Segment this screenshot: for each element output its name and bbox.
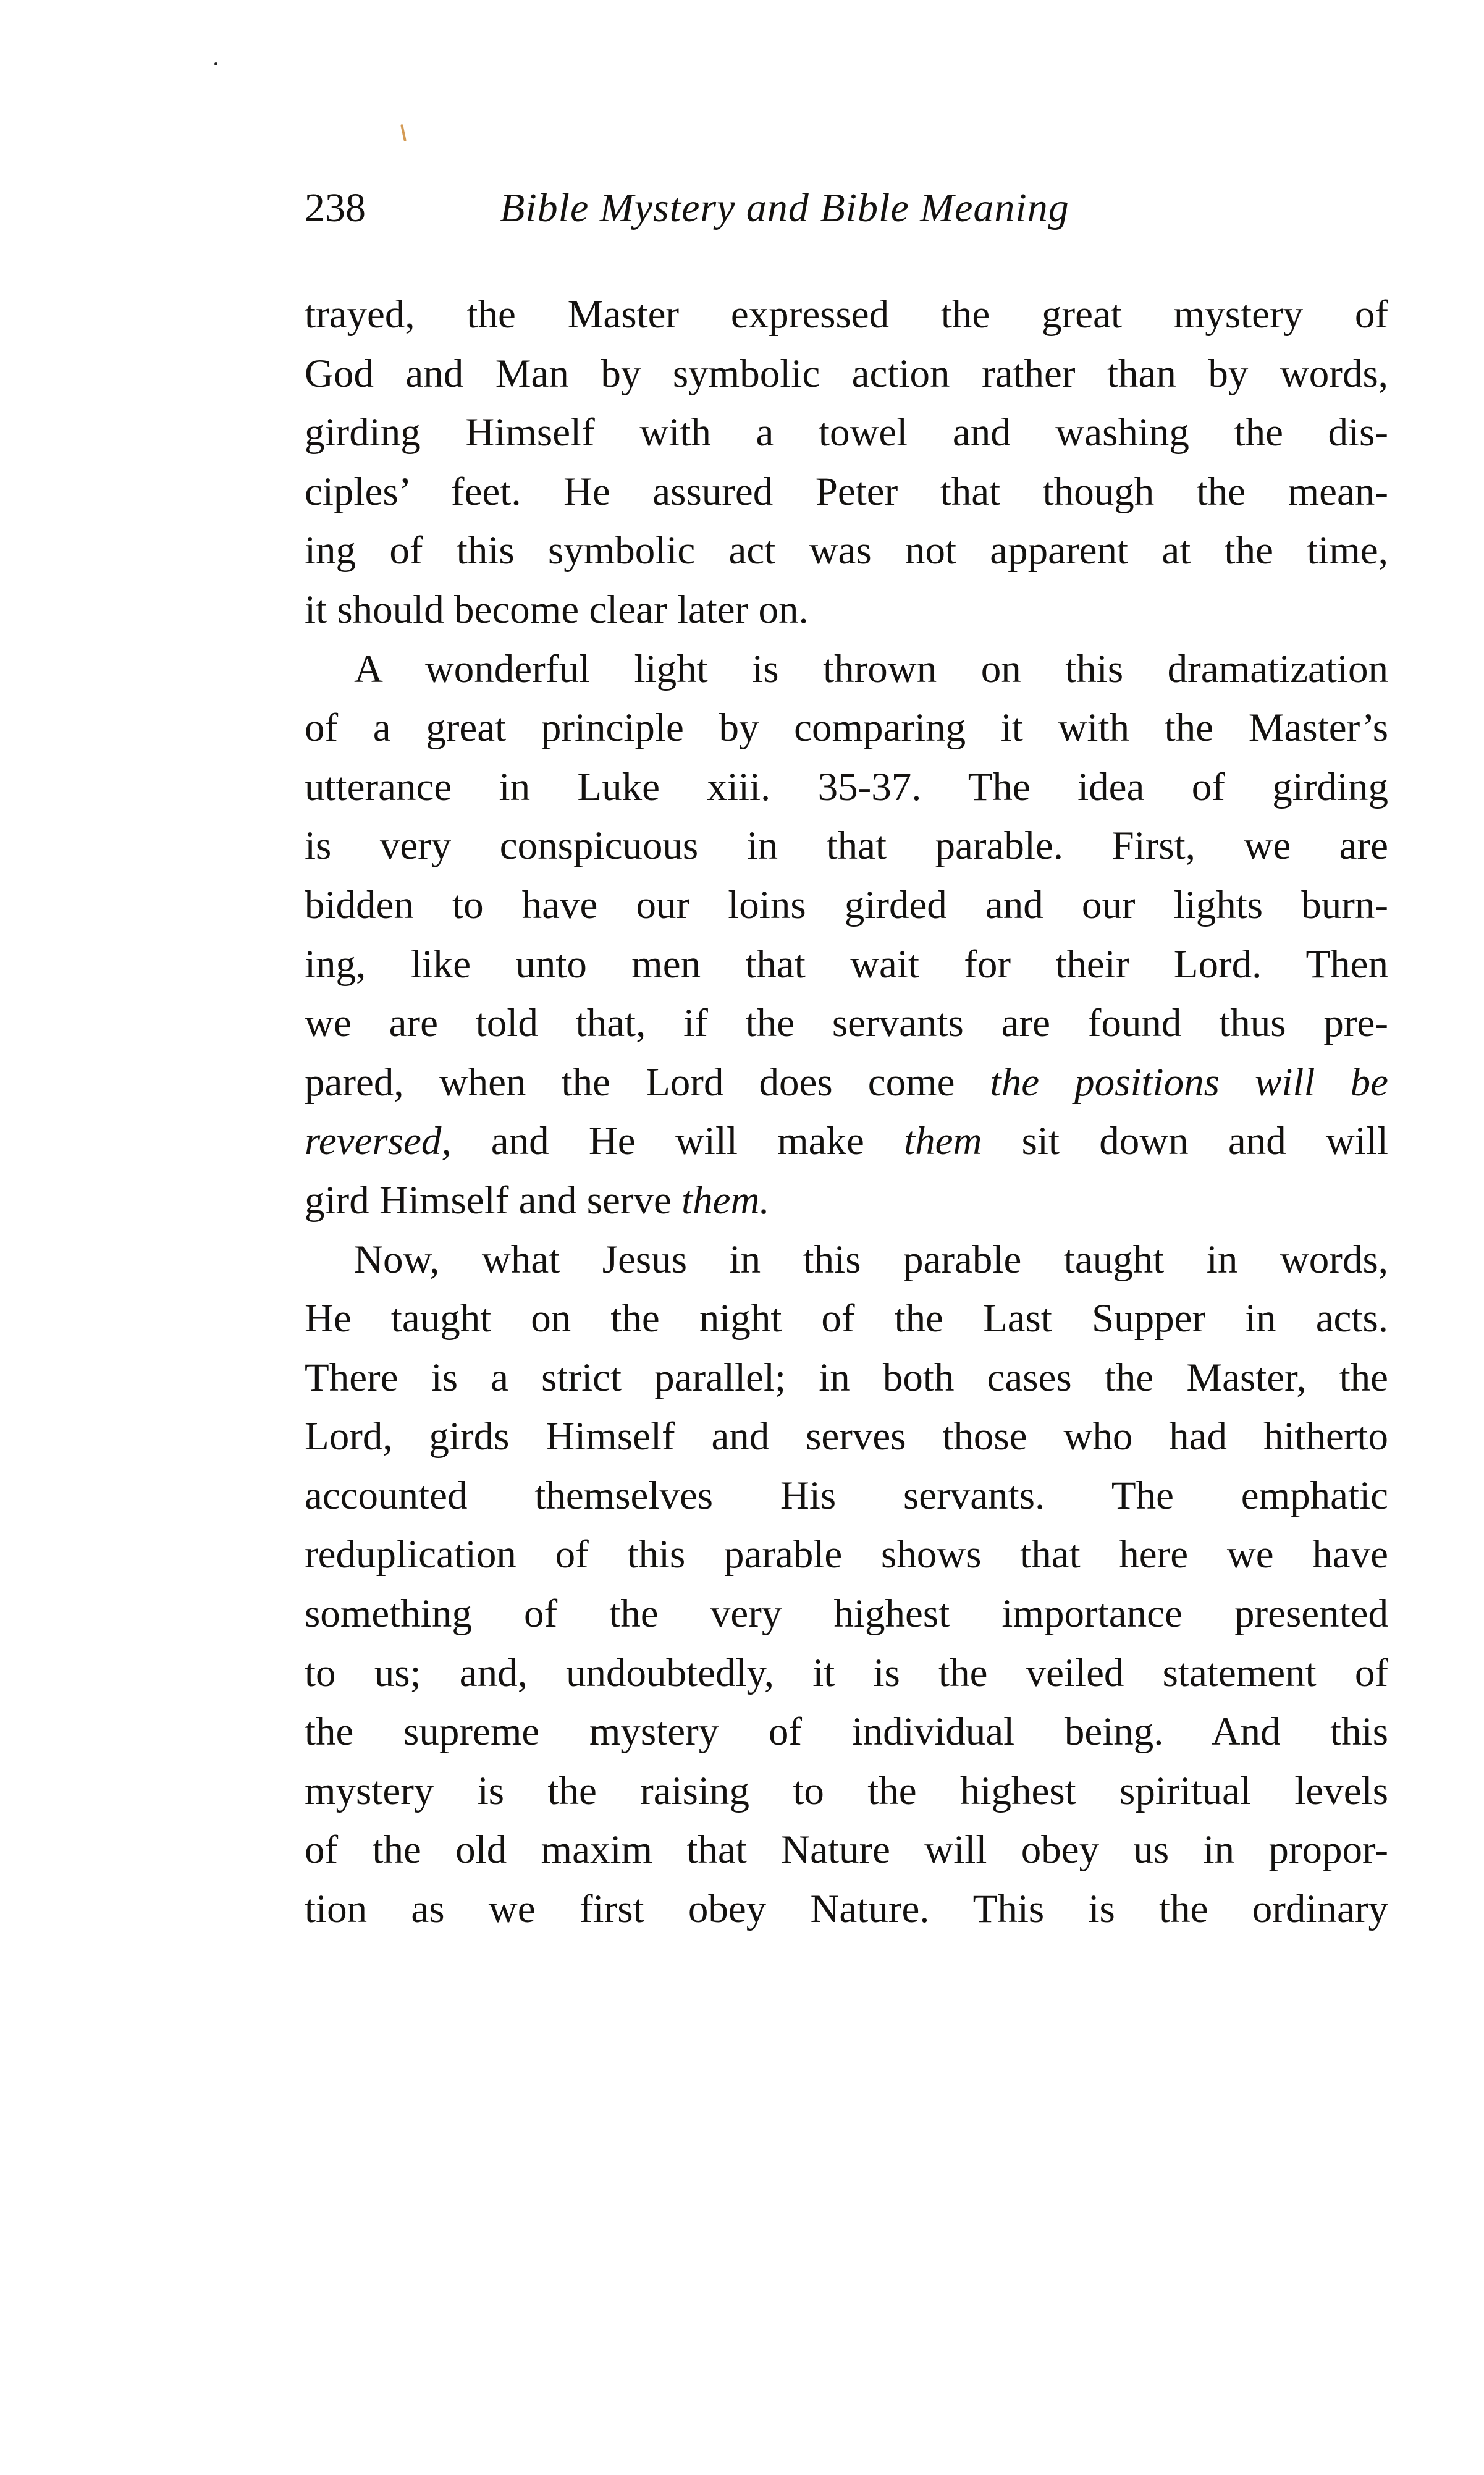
text-run: God and Man by symbolic action rather th… [305, 352, 1388, 396]
text-run: to us; and, undoubtedly, it is the veile… [305, 1651, 1388, 1695]
text-run: reduplication of this parable shows that… [305, 1532, 1388, 1577]
text-run: the supreme mystery of individual being.… [305, 1710, 1388, 1754]
text-line: There is a strict parallel; in both case… [305, 1349, 1388, 1408]
text-line: A wonderful light is thrown on this dram… [305, 640, 1388, 699]
text-line: is very conspicuous in that parable. Fir… [305, 817, 1388, 876]
text-line: we are told that, if the servants are fo… [305, 994, 1388, 1053]
text-run: ing, like unto men that wait for their L… [305, 942, 1388, 987]
text-run: ciples’ feet. He assured Peter that thou… [305, 470, 1388, 514]
text-run: utterance in Luke xiii. 35-37. The idea … [305, 765, 1388, 809]
text-line: to us; and, undoubtedly, it is the veile… [305, 1644, 1388, 1703]
text-run: Lord, girds Himself and serves those who… [305, 1414, 1388, 1459]
text-run: gird Himself and serve [305, 1178, 681, 1223]
text-run: we are told that, if the servants are fo… [305, 1001, 1388, 1045]
text-line: Lord, girds Himself and serves those who… [305, 1407, 1388, 1467]
text-line: reduplication of this parable shows that… [305, 1525, 1388, 1585]
text-run: He taught on the night of the Last Suppe… [305, 1296, 1388, 1341]
text-line: God and Man by symbolic action rather th… [305, 345, 1388, 404]
italic-text: them [904, 1119, 982, 1163]
text-run: There is a strict parallel; in both case… [305, 1356, 1388, 1400]
running-title: Bible Mystery and Bible Meaning [500, 174, 1069, 242]
paragraph: A wonderful light is thrown on this dram… [305, 640, 1388, 1231]
text-run: A wonderful light is thrown on this dram… [354, 647, 1388, 691]
body-text: trayed, the Master expressed the great m… [305, 285, 1388, 1939]
text-line: mystery is the raising to the highest sp… [305, 1762, 1388, 1821]
text-line: ing of this symbolic act was not apparen… [305, 521, 1388, 581]
italic-text: reversed, [305, 1119, 452, 1163]
text-line: utterance in Luke xiii. 35-37. The idea … [305, 758, 1388, 817]
text-line: it should become clear later on. [305, 581, 1388, 640]
text-run: is very conspicuous in that parable. Fir… [305, 824, 1388, 868]
text-line: reversed, and He will make them sit down… [305, 1112, 1388, 1171]
text-line: something of the very highest importance… [305, 1585, 1388, 1644]
ink-speck [214, 62, 217, 65]
text-line: girding Himself with a towel and washing… [305, 403, 1388, 463]
text-line: bidden to have our loins girded and our … [305, 876, 1388, 935]
text-line: the supreme mystery of individual being.… [305, 1703, 1388, 1762]
text-run: bidden to have our loins girded and our … [305, 883, 1388, 927]
text-run: of a great principle by comparing it wit… [305, 706, 1388, 750]
italic-text: the positions will be [990, 1060, 1388, 1105]
text-run: trayed, the Master expressed the great m… [305, 292, 1388, 337]
text-run: tion as we first obey Nature. This is th… [305, 1887, 1388, 1931]
text-line: tion as we first obey Nature. This is th… [305, 1880, 1388, 1939]
text-line: ciples’ feet. He assured Peter that thou… [305, 463, 1388, 522]
paper-blemish [400, 124, 407, 141]
text-line: pared, when the Lord does come the posit… [305, 1053, 1388, 1113]
text-line: ing, like unto men that wait for their L… [305, 935, 1388, 995]
text-run: it should become clear later on. [305, 588, 809, 632]
paragraph: Now, what Jesus in this parable taught i… [305, 1231, 1388, 1939]
text-run: of the old maxim that Nature will obey u… [305, 1828, 1388, 1872]
text-run: sit down and will [982, 1119, 1388, 1163]
text-run: Now, what Jesus in this parable taught i… [354, 1237, 1388, 1282]
text-run: mystery is the raising to the highest sp… [305, 1769, 1388, 1813]
text-line: of a great principle by comparing it wit… [305, 699, 1388, 758]
text-line: trayed, the Master expressed the great m… [305, 285, 1388, 345]
text-line: accounted themselves His servants. The e… [305, 1467, 1388, 1526]
text-run: pared, when the Lord does come [305, 1060, 990, 1105]
text-line: He taught on the night of the Last Suppe… [305, 1289, 1388, 1349]
running-head: 238 Bible Mystery and Bible Meaning [305, 174, 1231, 242]
book-page: 238 Bible Mystery and Bible Meaning tray… [0, 0, 1484, 2475]
text-run: girding Himself with a towel and washing… [305, 410, 1388, 455]
text-line: of the old maxim that Nature will obey u… [305, 1821, 1388, 1880]
text-run: ing of this symbolic act was not apparen… [305, 528, 1388, 573]
text-line: gird Himself and serve them. [305, 1171, 1388, 1231]
text-run: something of the very highest importance… [305, 1592, 1388, 1636]
text-run: accounted themselves His servants. The e… [305, 1474, 1388, 1518]
italic-text: them. [681, 1178, 770, 1223]
paragraph: trayed, the Master expressed the great m… [305, 285, 1388, 640]
text-run: and He will make [452, 1119, 904, 1163]
text-line: Now, what Jesus in this parable taught i… [305, 1231, 1388, 1290]
page-number: 238 [305, 174, 366, 242]
